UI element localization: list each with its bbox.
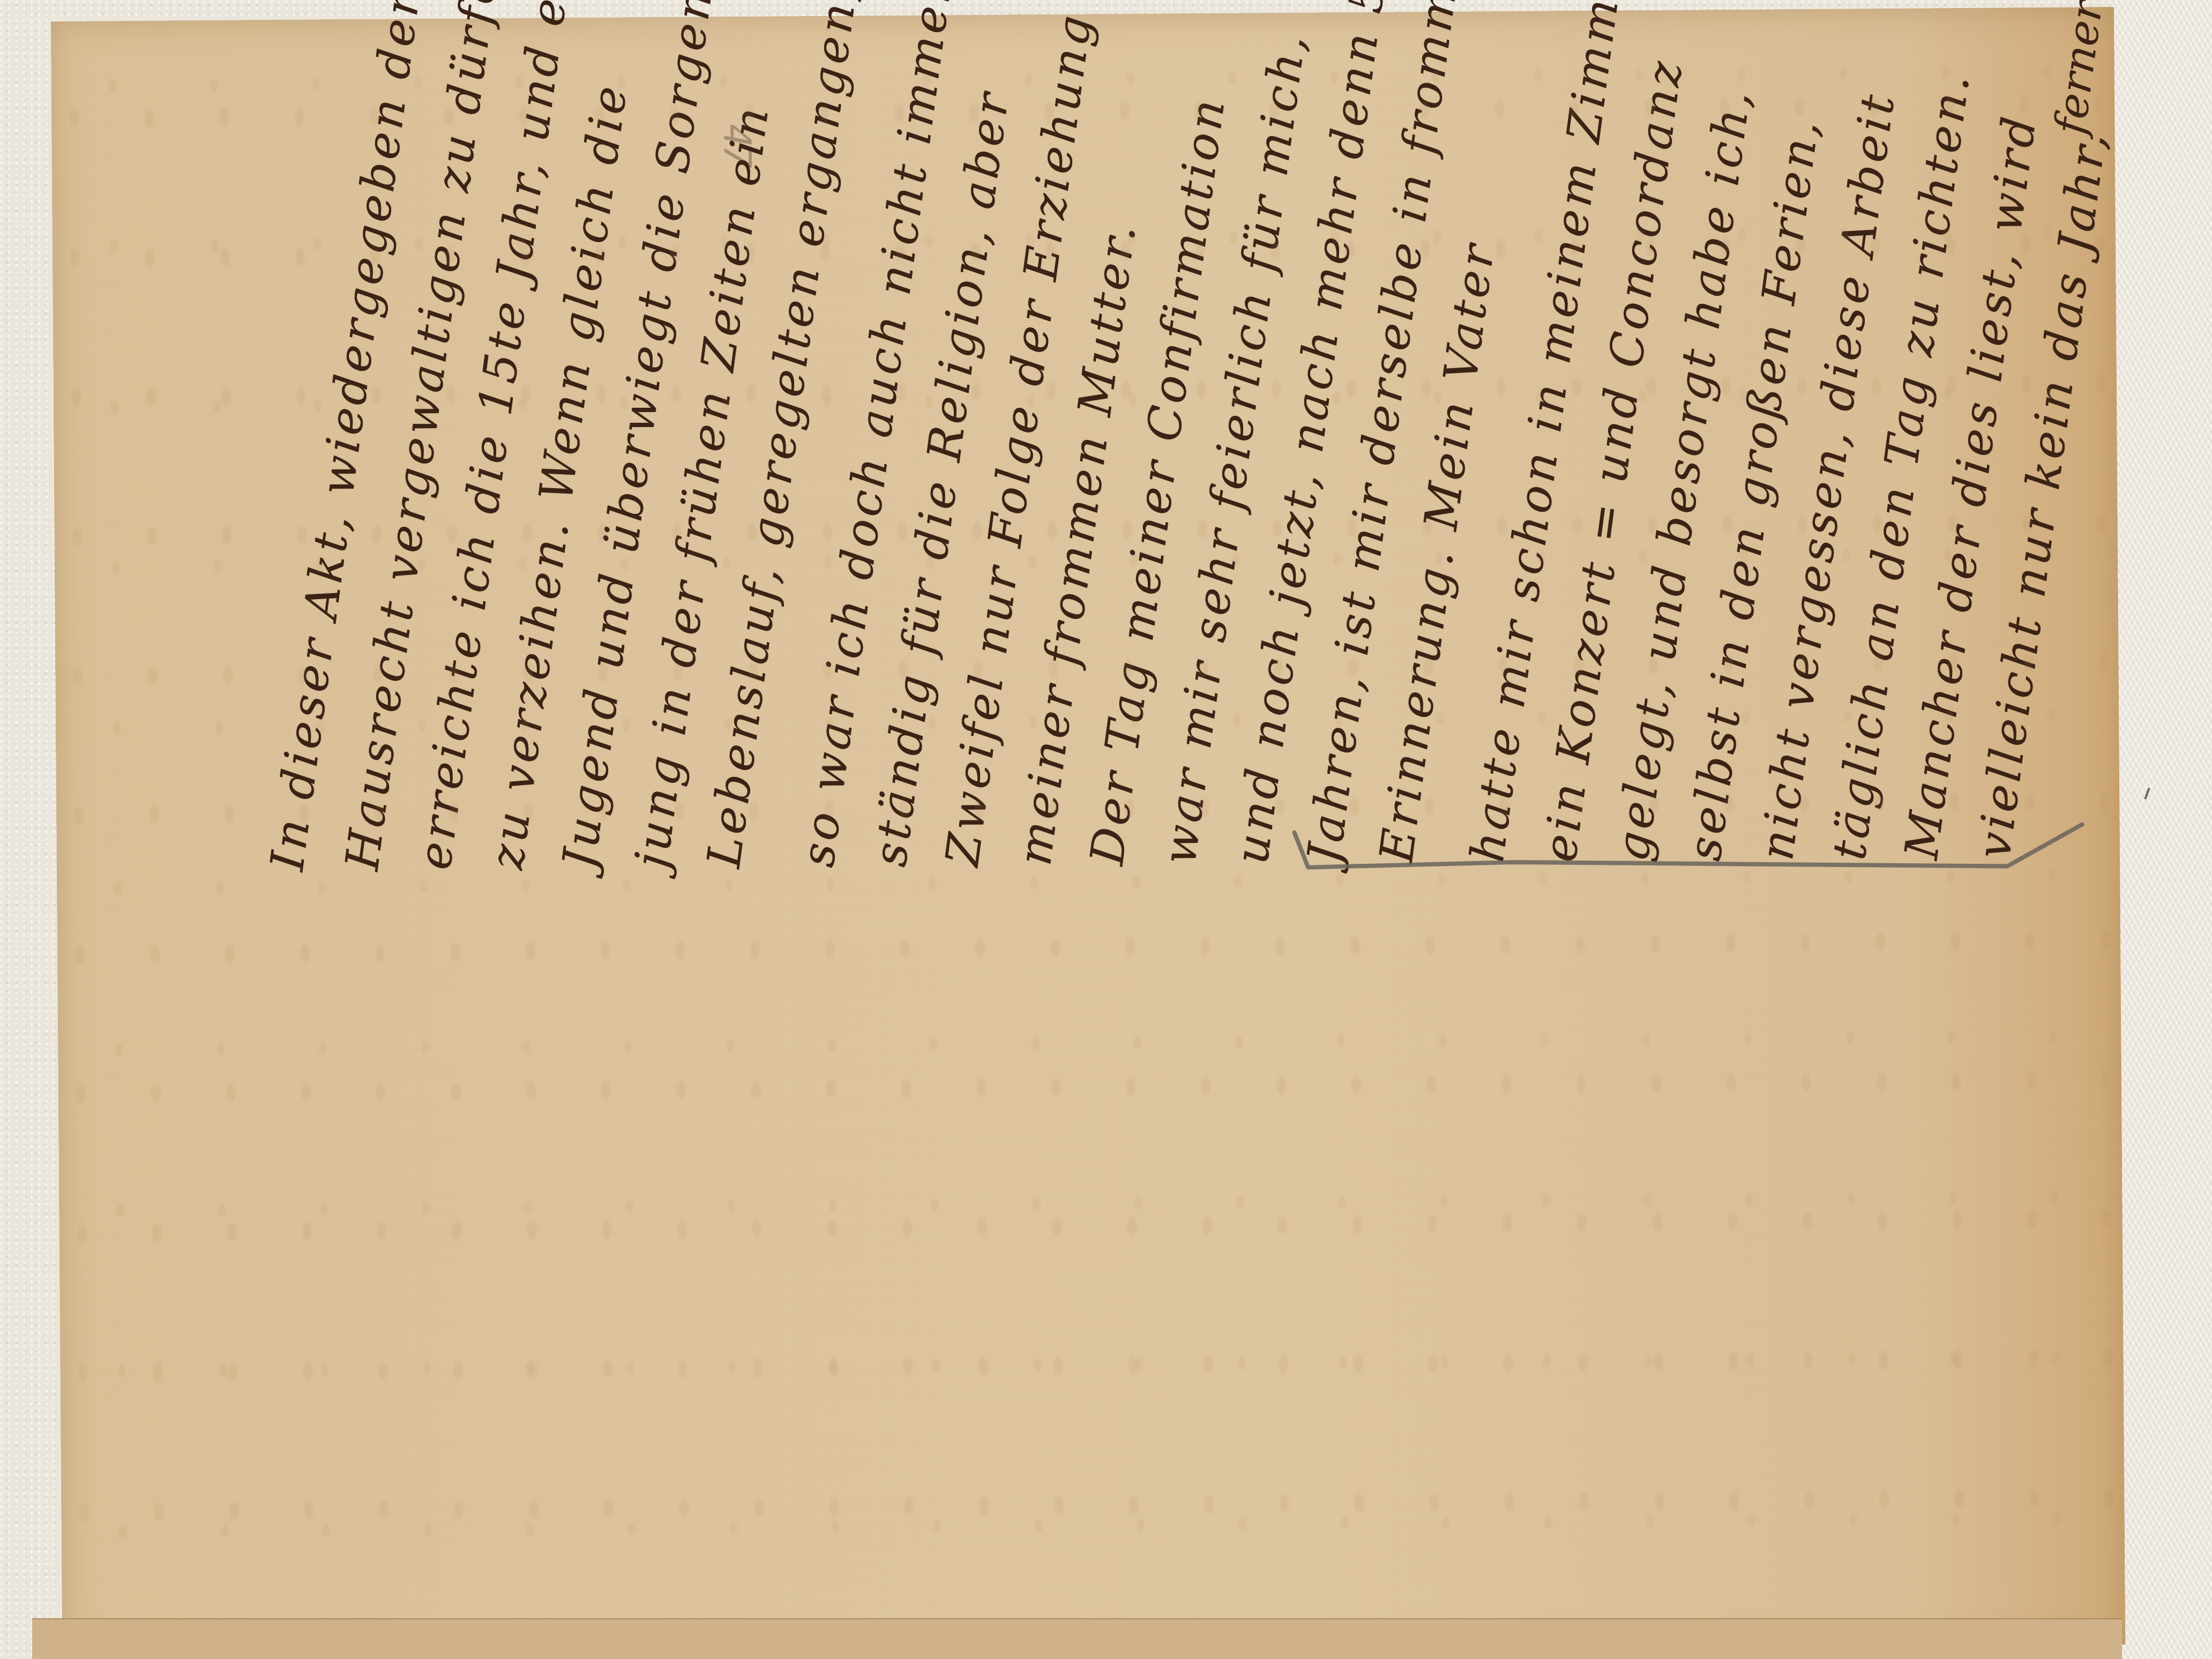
manuscript-page: 47 In dieser Akt, wiedergegeben der Seel… — [51, 7, 2125, 1659]
cloth-background — [2111, 0, 2212, 1659]
pencil-bracket — [1289, 821, 2094, 891]
page-edge-bottom — [32, 1618, 2122, 1659]
